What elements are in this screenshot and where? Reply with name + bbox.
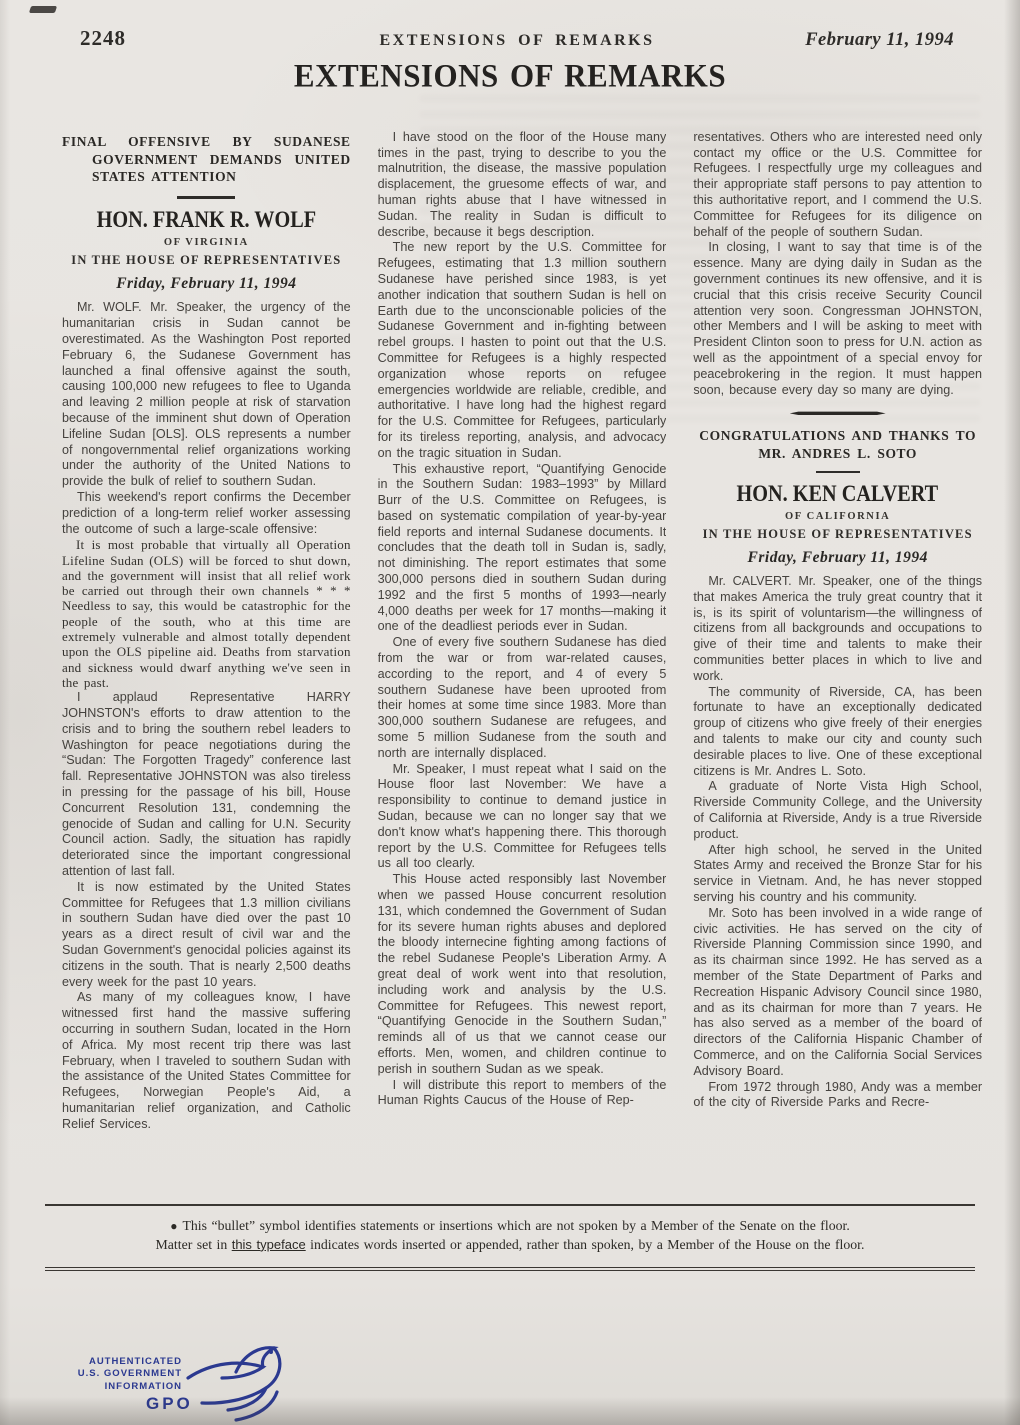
- paragraph: In closing, I want to say that time is o…: [693, 240, 982, 398]
- paragraph: This weekend's report confirms the Decem…: [62, 490, 351, 537]
- paragraph: I will distribute this report to members…: [378, 1078, 667, 1110]
- paragraph: The new report by the U.S. Committee for…: [378, 240, 667, 461]
- paragraph: Mr. Speaker, I must repeat what I said o…: [378, 762, 667, 873]
- paragraph: This House acted responsibly last Novemb…: [378, 872, 667, 1077]
- bullet-footnote: ●This “bullet” symbol identifies stateme…: [75, 1218, 945, 1234]
- paragraph: After high school, he served in the Unit…: [693, 843, 982, 906]
- chamber-line: IN THE HOUSE OF REPRESENTATIVES: [62, 253, 351, 268]
- article-separator: [790, 411, 886, 415]
- gpo-logo-text: AUTHENTICATED U.S. GOVERNMENT INFORMATIO…: [60, 1356, 182, 1393]
- paragraph: As many of my colleagues know, I have wi…: [62, 990, 351, 1132]
- page-number: 2248: [80, 26, 126, 51]
- member-state: OF CALIFORNIA: [693, 511, 982, 522]
- page-header: 2248 EXTENSIONS OF REMARKS February 11, …: [0, 0, 1020, 51]
- gpo-line-information: INFORMATION: [60, 1381, 182, 1393]
- typeface-footnote: Matter set in this typeface indicates wo…: [75, 1237, 945, 1253]
- chamber-line: IN THE HOUSE OF REPRESENTATIVES: [693, 527, 982, 542]
- article-title: FINAL OFFENSIVE BY SUDANESE GOVERNMENT D…: [62, 133, 351, 186]
- paragraph: I have stood on the floor of the House m…: [378, 130, 667, 241]
- typeface-footnote-prefix: Matter set in: [156, 1237, 228, 1252]
- page-title: EXTENSIONS OF REMARKS: [0, 57, 1020, 94]
- paragraph: A graduate of Norte Vista High School, R…: [693, 779, 982, 842]
- bullet-footnote-text: This “bullet” symbol identifies statemen…: [182, 1218, 849, 1233]
- gpo-line-authenticated: AUTHENTICATED: [60, 1356, 182, 1368]
- scan-artifact-mark: [29, 6, 57, 13]
- article-date: Friday, February 11, 1994: [693, 549, 982, 567]
- paragraph: I applaud Representative HARRY JOHNSTON'…: [62, 690, 351, 880]
- footnote-block: ●This “bullet” symbol identifies stateme…: [45, 1204, 975, 1271]
- paragraph: One of every five southern Sudanese has …: [378, 635, 667, 761]
- paragraph-continuation: resentatives. Others who are interested …: [693, 130, 982, 241]
- article-title: CONGRATULATIONS AND THANKS TO MR. ANDRES…: [693, 427, 982, 463]
- running-title: EXTENSIONS OF REMARKS: [379, 32, 654, 50]
- heading-rule: [177, 196, 235, 199]
- paragraph: It is now estimated by the United States…: [62, 880, 351, 991]
- bullet-icon: ●: [170, 1219, 177, 1233]
- paragraph: This exhaustive report, “Quantifying Gen…: [378, 462, 667, 636]
- column-left: FINAL OFFENSIVE BY SUDANESE GOVERNMENT D…: [62, 130, 351, 1186]
- paragraph: From 1972 through 1980, Andy was a membe…: [693, 1080, 982, 1112]
- heading-rule: [816, 471, 860, 473]
- column-right: resentatives. Others who are interested …: [693, 130, 982, 1186]
- paragraph: Mr. CALVERT. Mr. Speaker, one of the thi…: [693, 574, 982, 685]
- article-date: Friday, February 11, 1994: [62, 275, 351, 293]
- article-columns: FINAL OFFENSIVE BY SUDANESE GOVERNMENT D…: [0, 115, 1020, 1186]
- member-name: HON. FRANK R. WOLF: [79, 208, 333, 232]
- column-middle: I have stood on the floor of the House m…: [378, 130, 667, 1186]
- member-name: HON. KEN CALVERT: [711, 482, 965, 506]
- gpo-eagle-icon: [178, 1342, 288, 1424]
- paragraph: Mr. WOLF. Mr. Speaker, the urgency of th…: [62, 300, 351, 490]
- running-date: February 11, 1994: [805, 30, 954, 51]
- quoted-passage: It is most probable that virtually all O…: [62, 537, 351, 690]
- typeface-sample: this typeface: [232, 1237, 306, 1252]
- paragraph: Mr. Soto has been involved in a wide ran…: [693, 906, 982, 1080]
- gpo-line-government: U.S. GOVERNMENT: [60, 1368, 182, 1380]
- paragraph: The community of Riverside, CA, has been…: [693, 685, 982, 780]
- typeface-footnote-suffix: indicates words inserted or appended, ra…: [310, 1237, 864, 1252]
- gpo-authentication-logo: AUTHENTICATED U.S. GOVERNMENT INFORMATIO…: [60, 1346, 270, 1422]
- member-state: OF VIRGINIA: [62, 237, 351, 248]
